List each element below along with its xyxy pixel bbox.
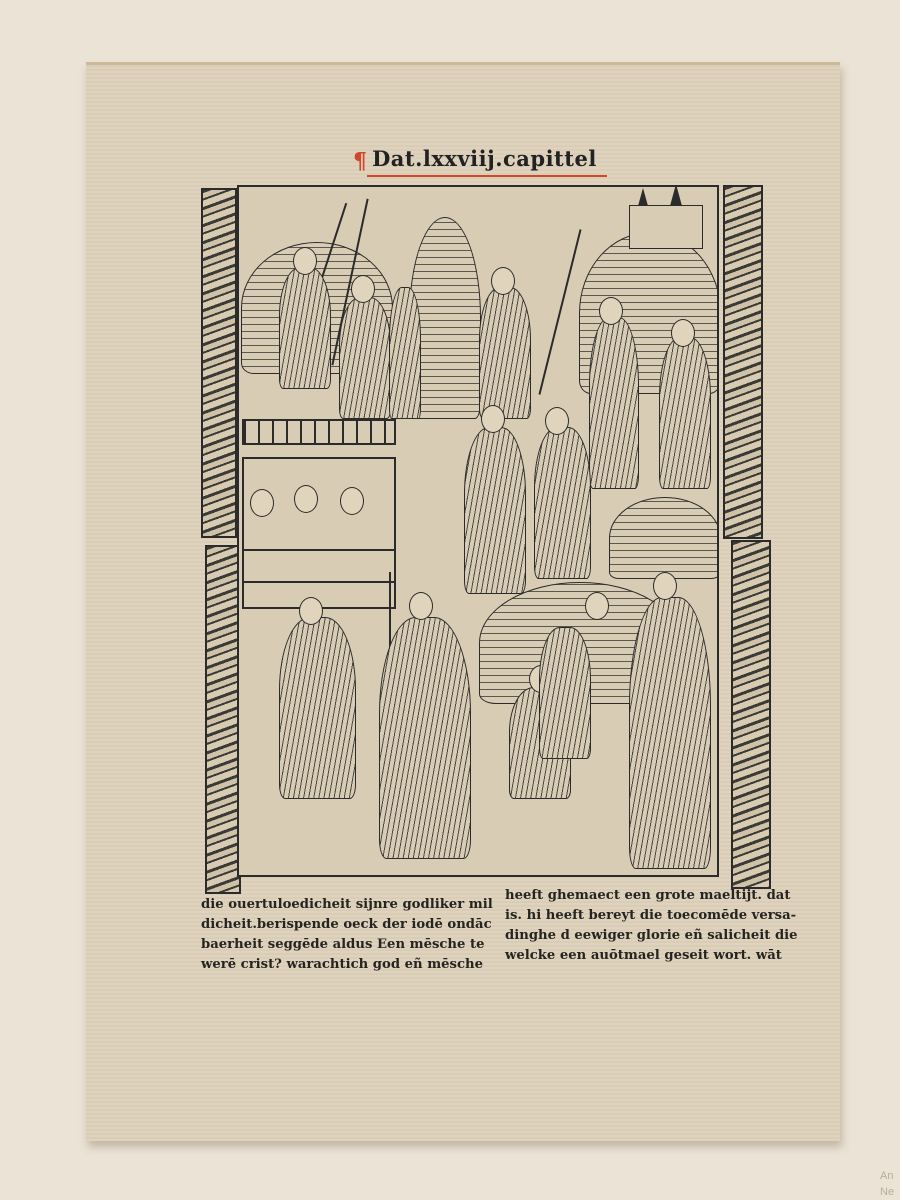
chapter-title: Dat.lxxviij.capittel: [372, 146, 597, 171]
left-text-column: die ouertuloedicheit sijnre godliker mil…: [201, 895, 493, 975]
spear: [538, 229, 581, 394]
text-line: is. hi heeft bereyt die toecomēde versa-: [505, 906, 798, 926]
figure-cloaked: [389, 287, 421, 419]
woodcut-illustration: [237, 185, 719, 877]
man-with-hat: [279, 617, 356, 799]
young-man-head: [671, 319, 695, 347]
mount-margin-note: An Ne: [880, 1168, 900, 1200]
right-border-ornament-bottom: [731, 540, 771, 889]
text-line: dicheit.berispende oeck der iodē ondāc: [201, 915, 493, 935]
figure-with-book-head: [481, 405, 505, 433]
pilgrim-head: [491, 267, 515, 295]
banquet-table: [244, 549, 394, 583]
left-border-ornament-bottom: [205, 545, 241, 894]
soldier-figure: [279, 267, 331, 389]
text-line: werē crist? warachtich god eñ mēsche: [201, 955, 493, 975]
chapter-heading: ¶ Dat.lxxviij.capittel: [353, 146, 597, 175]
feast-hall: [242, 457, 396, 609]
text-line: welcke een auōtmael geseit wort. wāt: [505, 946, 798, 966]
pilcrow-rubric: ¶: [353, 149, 367, 175]
diner-head: [250, 489, 274, 517]
pilgrim-figure: [479, 287, 531, 419]
elder-head: [599, 297, 623, 325]
figure-robed: [339, 297, 391, 419]
castle-on-hill: [629, 205, 703, 249]
left-border-ornament-top: [201, 188, 237, 538]
bearded-man-head: [409, 592, 433, 620]
text-line: heeft ghemaect een grote maeltijt. dat: [505, 886, 798, 906]
standing-youth: [539, 627, 591, 759]
bearded-man-cloak: [379, 617, 471, 859]
right-border-ornament-top: [723, 185, 763, 539]
standing-youth-head: [585, 592, 609, 620]
text-line: die ouertuloedicheit sijnre godliker mil: [201, 895, 493, 915]
man-with-hat-head: [299, 597, 323, 625]
crenellated-wall: [242, 419, 396, 445]
soldier-head: [293, 247, 317, 275]
margin-note-line: An: [880, 1168, 900, 1184]
right-text-column: heeft ghemaect een grote maeltijt. dat i…: [505, 886, 798, 966]
young-man-right: [659, 337, 711, 489]
text-line: dinghe d eewiger glorie eñ salicheit die: [505, 926, 798, 946]
bearded-patriarch: [629, 597, 711, 869]
text-line: baerheit seggēde aldus Een mēsche te: [201, 935, 493, 955]
diner-head: [294, 485, 318, 513]
figure-with-book: [464, 427, 526, 594]
patriarch-head: [653, 572, 677, 600]
diner-head: [340, 487, 364, 515]
figure-walking-head: [545, 407, 569, 435]
figure-head: [351, 275, 375, 303]
figure-walking: [534, 427, 591, 579]
red-underline: [367, 175, 607, 177]
margin-note-line: Ne: [880, 1184, 900, 1200]
robed-elder: [589, 317, 639, 489]
hill-bottom-right: [609, 497, 719, 579]
